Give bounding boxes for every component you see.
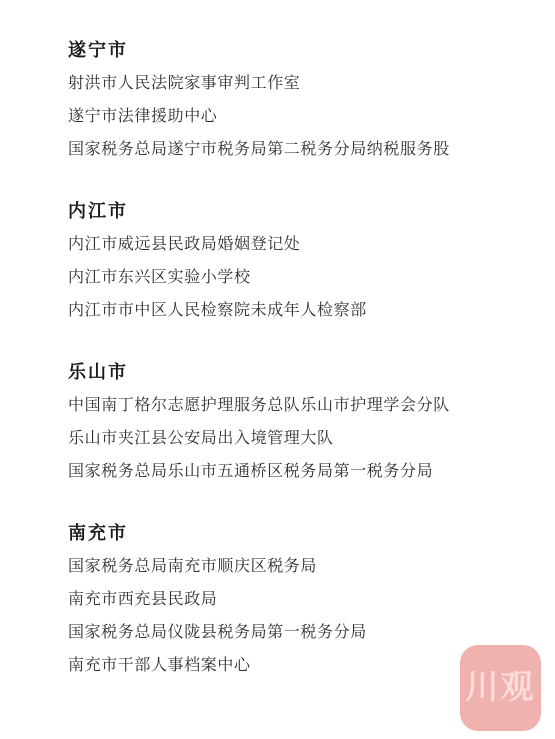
org-list-item: 遂宁市法律援助中心 — [68, 100, 535, 133]
city-heading: 内江市 — [68, 195, 535, 228]
org-list-item: 射洪市人民法院家事审判工作室 — [68, 67, 535, 100]
city-heading: 遂宁市 — [68, 34, 535, 67]
city-heading: 乐山市 — [68, 356, 535, 389]
city-heading: 南充市 — [68, 517, 535, 550]
org-list-item: 国家税务总局乐山市五通桥区税务局第一税务分局 — [68, 455, 535, 488]
org-list-item: 国家税务总局南充市顺庆区税务局 — [68, 550, 535, 583]
watermark-label: 川观 — [466, 672, 536, 705]
section-neijiang: 内江市 内江市威远县民政局婚姻登记处 内江市东兴区实验小学校 内江市市中区人民检… — [68, 195, 535, 327]
org-list-item: 内江市东兴区实验小学校 — [68, 261, 535, 294]
org-list-item: 南充市西充县民政局 — [68, 583, 535, 616]
org-list-item: 乐山市夹江县公安局出入境管理大队 — [68, 422, 535, 455]
chuanguan-news-watermark-logo: 川观 — [460, 645, 541, 731]
award-list-document: 遂宁市 射洪市人民法院家事审判工作室 遂宁市法律援助中心 国家税务总局遂宁市税务… — [68, 34, 535, 711]
org-list-item: 内江市威远县民政局婚姻登记处 — [68, 228, 535, 261]
org-list-item: 国家税务总局遂宁市税务局第二税务分局纳税服务股 — [68, 133, 535, 166]
org-list-item: 中国南丁格尔志愿护理服务总队乐山市护理学会分队 — [68, 389, 535, 422]
org-list-item: 国家税务总局仪陇县税务局第一税务分局 — [68, 616, 535, 649]
section-suining: 遂宁市 射洪市人民法院家事审判工作室 遂宁市法律援助中心 国家税务总局遂宁市税务… — [68, 34, 535, 166]
org-list-item: 内江市市中区人民检察院未成年人检察部 — [68, 294, 535, 327]
section-leshan: 乐山市 中国南丁格尔志愿护理服务总队乐山市护理学会分队 乐山市夹江县公安局出入境… — [68, 356, 535, 488]
